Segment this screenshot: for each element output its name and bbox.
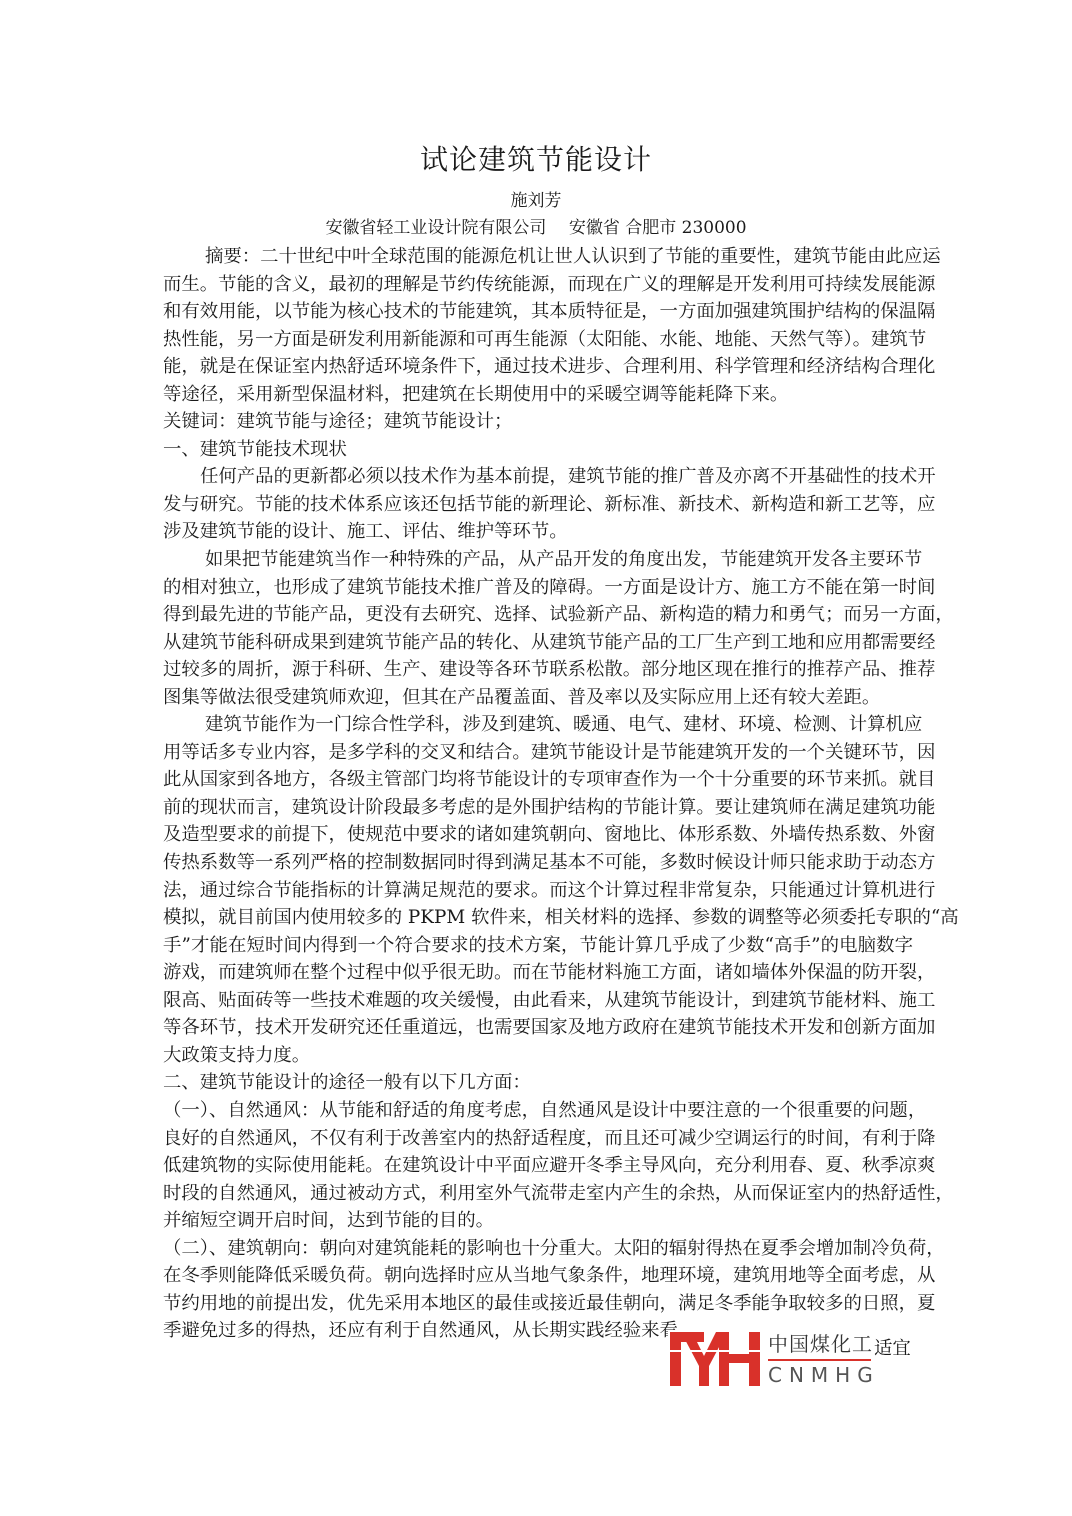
paragraph-line: 前的现状而言，建筑设计阶段最多考虑的是外围护结构的节能计算。要让建筑师在满足建筑… xyxy=(163,794,913,822)
paragraph-line: 传热系数等一系列严格的控制数据同时得到满足基本不可能，多数时候设计师只能求助于动… xyxy=(163,849,913,877)
watermark-logo: 中国煤化工 CNMHG 适宜 xyxy=(668,1330,913,1390)
paragraph-line: 的相对独立，也形成了建筑节能技术推广普及的障碍。一方面是设计方、施工方不能在第一… xyxy=(163,574,913,602)
abstract-line: 和有效用能，以节能为核心技术的节能建筑，其本质特征是，一方面加强建筑围护结构的保… xyxy=(163,298,913,326)
abstract-line: 而生。节能的含义，最初的理解是节约传统能源，而现在广义的理解是开发利用可持续发展… xyxy=(163,271,913,299)
paragraph-line: 发与研究。节能的技术体系应该还包括节能的新理论、新标准、新技术、新构造和新工艺等… xyxy=(163,491,913,519)
abstract-line: 等途径，采用新型保温材料，把建筑在长期使用中的采暖空调等能耗降下来。 xyxy=(163,381,913,409)
paragraph-line: 从建筑节能科研成果到建筑节能产品的转化、从建筑节能产品的工厂生产到工地和应用都需… xyxy=(163,629,913,657)
abstract-line: 能，就是在保证室内热舒适环境条件下，通过技术进步、合理利用、科学管理和经济结构合… xyxy=(163,353,913,381)
paragraph-line: 等各环节，技术开发研究还任重道远，也需要国家及地方政府在建筑节能技术开发和创新方… xyxy=(163,1014,913,1042)
paragraph-line: 低建筑物的实际使用能耗。在建筑设计中平面应避开冬季主导风向，充分利用春、夏、秋季… xyxy=(163,1152,913,1180)
paragraph-line: 时段的自然通风，通过被动方式，利用室外气流带走室内产生的余热，从而保证室内的热舒… xyxy=(163,1180,913,1208)
logo-name-en: CNMHG xyxy=(768,1362,880,1388)
document-page: 试论建筑节能设计 施刘芳 安徽省轻工业设计院有限公司 安徽省 合肥市 23000… xyxy=(0,0,1072,1516)
paragraph-line: 建筑节能作为一门综合性学科，涉及到建筑、暖通、电气、建材、环境、检测、计算机应 xyxy=(163,711,913,739)
paragraph-line: 法，通过综合节能指标的计算满足规范的要求。而这个计算过程非常复杂，只能通过计算机… xyxy=(163,877,913,905)
paragraph-line: 图集等做法很受建筑师欢迎，但其在产品覆盖面、普及率以及实际应用上还有较大差距。 xyxy=(163,684,913,712)
paragraph-line: 大政策支持力度。 xyxy=(163,1042,913,1070)
abstract-line: 热性能，另一方面是研发利用新能源和可再生能源（太阳能、水能、地能、天然气等）。建… xyxy=(163,326,913,354)
paragraph-line: 良好的自然通风，不仅有利于改善室内的热舒适程度，而且还可减少空调运行的时间，有利… xyxy=(163,1125,913,1153)
section-heading-1: 一、建筑节能技术现状 xyxy=(163,436,913,464)
paragraph-line: 并缩短空调开启时间，达到节能的目的。 xyxy=(163,1207,913,1235)
logo-name-cn: 中国煤化工 xyxy=(768,1330,873,1358)
mh-logo-icon xyxy=(668,1330,764,1388)
paragraph-line: 游戏，而建筑师在整个过程中似乎很无助。而在节能材料施工方面，诸如墙体外保温的防开… xyxy=(163,959,913,987)
section-heading-2: 二、建筑节能设计的途径一般有以下几方面： xyxy=(163,1069,913,1097)
paragraph-line: 得到最先进的节能产品，更没有去研究、选择、试验新产品、新构造的精力和勇气；而另一… xyxy=(163,601,913,629)
paragraph-line: 涉及建筑节能的设计、施工、评估、维护等环节。 xyxy=(163,518,913,546)
paragraph-line: 限高、贴面砖等一些技术难题的攻关缓慢，由此看来，从建筑节能设计，到建筑节能材料、… xyxy=(163,987,913,1015)
paragraph-line: 手”才能在短时间内得到一个符合要求的技术方案，节能计算几乎成了少数“高手”的电脑… xyxy=(163,932,913,960)
paragraph-line: 模拟，就目前国内使用较多的 PKPM 软件来，相关材料的选择、参数的调整等必须委… xyxy=(163,904,913,932)
line-tail-text: 适宜 xyxy=(874,1335,911,1363)
paragraph-line: 任何产品的更新都必须以技术作为基本前提，建筑节能的推广普及亦离不开基础性的技术开 xyxy=(163,463,913,491)
document-body: 摘要：二十世纪中叶全球范围的能源危机让世人认识到了节能的重要性，建筑节能由此应运… xyxy=(163,243,913,1345)
abstract-line: 摘要：二十世纪中叶全球范围的能源危机让世人认识到了节能的重要性，建筑节能由此应运 xyxy=(163,243,913,271)
paragraph-line: （一）、自然通风：从节能和舒适的角度考虑，自然通风是设计中要注意的一个很重要的问… xyxy=(163,1097,913,1125)
paragraph-line: 此从国家到各地方，各级主管部门均将节能设计的专项审查作为一个十分重要的环节来抓。… xyxy=(163,766,913,794)
paragraph-line: （二）、建筑朝向：朝向对建筑能耗的影响也十分重大。太阳的辐射得热在夏季会增加制冷… xyxy=(163,1235,913,1263)
paragraph-line: 过较多的周折，源于科研、生产、建设等各环节联系松散。部分地区现在推行的推荐产品、… xyxy=(163,656,913,684)
author-affiliation: 安徽省轻工业设计院有限公司 安徽省 合肥市 230000 xyxy=(0,215,1072,241)
paragraph-line: 在冬季则能降低采暖负荷。朝向选择时应从当地气象条件，地理环境，建筑用地等全面考虑… xyxy=(163,1262,913,1290)
paragraph-line: 如果把节能建筑当作一种特殊的产品，从产品开发的角度出发，节能建筑开发各主要环节 xyxy=(163,546,913,574)
paragraph-line: 及造型要求的前提下，使规范中要求的诸如建筑朝向、窗地比、体形系数、外墙传热系数、… xyxy=(163,821,913,849)
author-name: 施刘芳 xyxy=(0,188,1072,214)
paragraph-line: 节约用地的前提出发，优先采用本地区的最佳或接近最佳朝向，满足冬季能争取较多的日照… xyxy=(163,1290,913,1318)
logo-divider xyxy=(768,1359,871,1361)
keywords-line: 关键词：建筑节能与途径；建筑节能设计； xyxy=(163,408,913,436)
paragraph-line: 用等话多专业内容，是多学科的交叉和结合。建筑节能设计是节能建筑开发的一个关键环节… xyxy=(163,739,913,767)
page-title: 试论建筑节能设计 xyxy=(0,140,1072,180)
